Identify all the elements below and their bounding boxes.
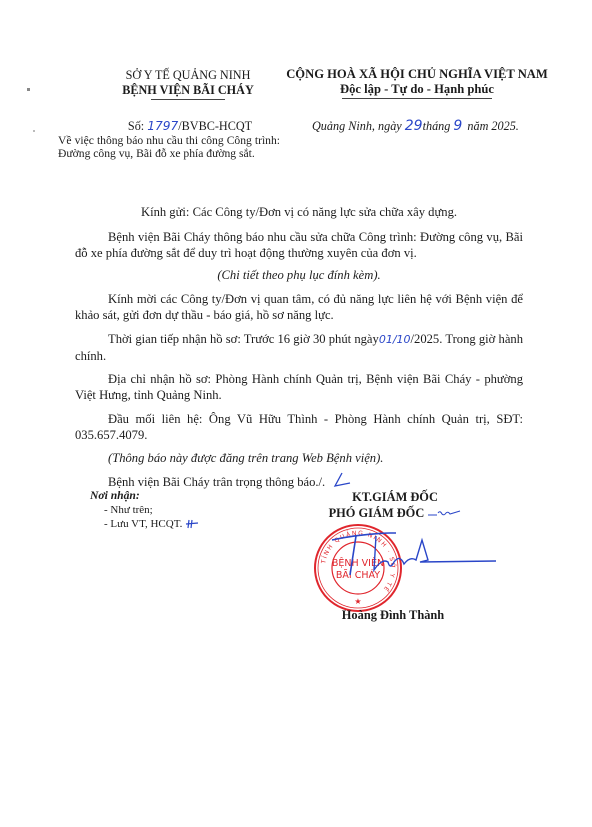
recipient-item: - Như trên; [90, 503, 199, 517]
date-year: năm 2025. [464, 119, 519, 133]
recipient-item-text: - Lưu VT, HCQT. [104, 518, 182, 530]
paragraph-contact: Đầu mối liên hệ: Ông Vũ Hữu Thình - Phòn… [75, 411, 523, 443]
paragraph-address: Địa chỉ nhận hồ sơ: Phòng Hành chính Quả… [75, 371, 523, 403]
closing-text: Bệnh viện Bãi Cháy trân trọng thông báo.… [108, 475, 325, 489]
document-subject: Về việc thông báo nhu cầu thi công Công … [58, 134, 280, 160]
scan-speck [27, 88, 30, 91]
signature-position: PHÓ GIÁM ĐỐC [310, 505, 480, 521]
paragraph-deadline: Thời gian tiếp nhận hồ sơ: Trước 16 giờ … [75, 331, 523, 364]
web-note: (Thông báo này được đăng trên trang Web … [108, 450, 383, 466]
stamp-star-icon: ★ [354, 597, 361, 606]
signature-block: KT.GIÁM ĐỐC PHÓ GIÁM ĐỐC [310, 489, 480, 521]
handwritten-signature [330, 530, 500, 585]
initial-checkmark-icon [332, 472, 352, 488]
closing-line: Bệnh viện Bãi Cháy trân trọng thông báo.… [108, 472, 352, 490]
detail-note: (Chi tiết theo phụ lục đính kèm). [75, 267, 523, 283]
signer-name: Hoàng Đình Thành [318, 608, 468, 623]
document-number-label: Số: [128, 119, 147, 133]
organization-underline [151, 99, 225, 100]
department-name: SỞ Y TẾ QUẢNG NINH [98, 68, 278, 83]
document-number-handwritten: 1797 [147, 119, 178, 133]
scan-speck [33, 130, 35, 132]
deadline-label: Thời gian tiếp nhận hồ sơ: Trước 16 giờ … [108, 332, 379, 346]
document-date: Quảng Ninh, ngày 29tháng 9 năm 2025. [312, 118, 519, 134]
date-month-handwritten: 9 [453, 118, 464, 134]
date-month-label: tháng [423, 119, 454, 133]
issuing-authority: SỞ Y TẾ QUẢNG NINH BỆNH VIỆN BÃI CHÁY [98, 68, 278, 100]
deadline-date-handwritten: 01/10 [379, 333, 411, 346]
document-number-suffix: /BVBC-HCQT [178, 119, 252, 133]
recipients-title: Nơi nhận: [90, 489, 199, 503]
date-place: Quảng Ninh, ngày [312, 119, 405, 133]
national-title: CỘNG HOÀ XÃ HỘI CHỦ NGHĨA VIỆT NAM [268, 67, 566, 82]
signature-on-behalf: KT.GIÁM ĐỐC [310, 489, 480, 505]
signature-position-text: PHÓ GIÁM ĐỐC [329, 506, 425, 520]
date-day-handwritten: 29 [405, 118, 423, 134]
motto-underline [342, 98, 492, 99]
document-number: Số: 1797/BVBC-HCQT [100, 119, 280, 134]
organization-name: BỆNH VIỆN BÃI CHÁY [98, 83, 278, 98]
initial-mark-icon [185, 519, 199, 529]
paragraph-invitation: Kính mời các Công ty/Đơn vị quan tâm, có… [75, 291, 523, 323]
recipients-block: Nơi nhận: - Như trên; - Lưu VT, HCQT. [90, 489, 199, 531]
national-motto: Độc lập - Tự do - Hạnh phúc [268, 82, 566, 97]
national-heading: CỘNG HOÀ XÃ HỘI CHỦ NGHĨA VIỆT NAM Độc l… [268, 67, 566, 99]
paragraph-notice: Bệnh viện Bãi Cháy thông báo nhu cầu sửa… [75, 229, 523, 261]
recipient-item: - Lưu VT, HCQT. [90, 517, 199, 531]
salutation: Kính gửi: Các Công ty/Đơn vị có năng lực… [75, 204, 523, 220]
initial-scribble-icon [427, 508, 461, 518]
